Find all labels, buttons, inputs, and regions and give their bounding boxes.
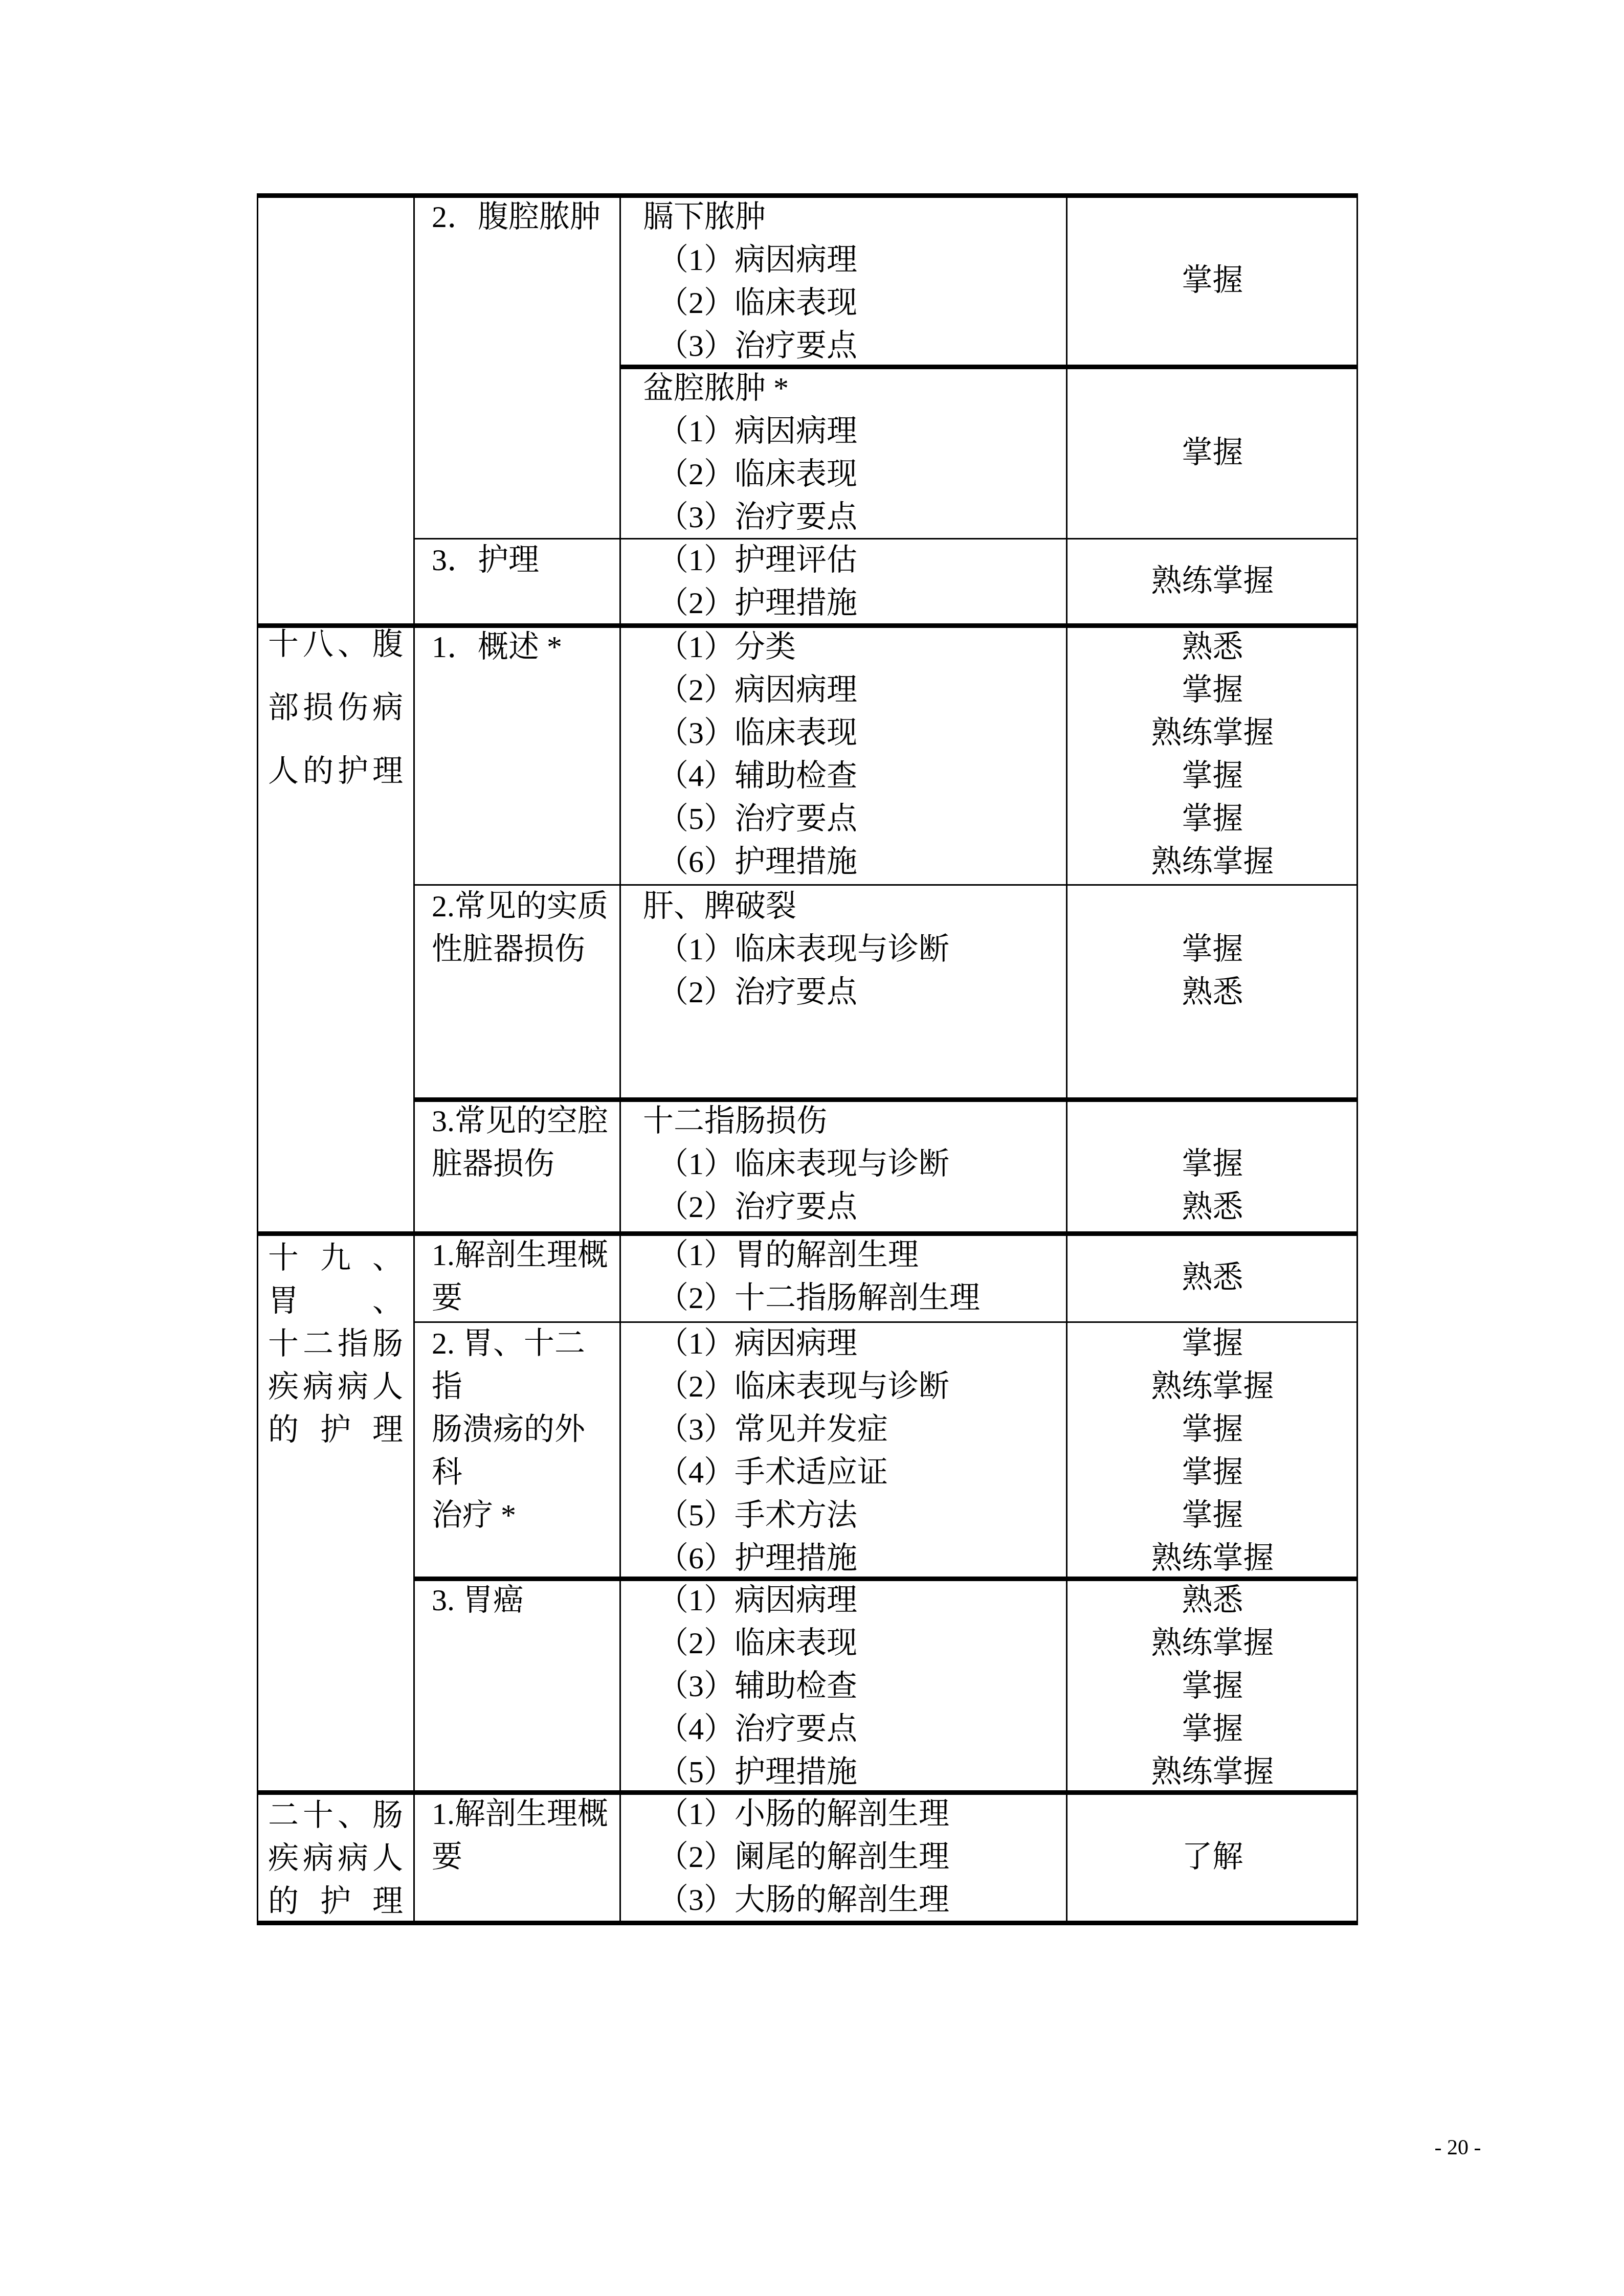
content-cell: （1）护理评估 （2）护理措施 [620, 538, 1067, 624]
level-cell: 掌握 [1067, 367, 1358, 538]
syllabus-table: 十八、腹 部损伤病 人的护理 十九、胃、 十二指肠 疾病病人 的护理 二十、肠 … [257, 195, 1358, 1923]
content-cell: 肝、脾破裂 （1）临床表现与诊断 （2）治疗要点 [620, 885, 1067, 1014]
level-cell: 熟悉 [1067, 1233, 1358, 1321]
rubric-cell: 1．概述 * [414, 625, 620, 668]
content-cell: （1）分类 （2）病因病理 （3）临床表现 （4）辅助检查 （5）治疗要点 （6… [620, 625, 1067, 883]
rubric-cell: 3. 胃癌 [414, 1579, 620, 1622]
level-cell: 熟练掌握 [1067, 538, 1358, 623]
level-cell: 掌握 [1067, 195, 1358, 365]
grid-line [257, 1921, 1358, 1925]
content-cell: 膈下脓肿 （1）病因病理 （2）临床表现 （3）治疗要点 [620, 195, 1067, 367]
content-cell: （1）胃的解剖生理 （2）十二指肠解剖生理 [620, 1233, 1067, 1319]
rubric-cell: 2．腹腔脓肿 [414, 195, 620, 238]
rubric-cell: 3．护理 [414, 538, 620, 581]
content-cell: （1）病因病理 （2）临床表现 （3）辅助检查 （4）治疗要点 （5）护理措施 [620, 1579, 1067, 1793]
rubric-cell: 1.解剖生理概 要 [414, 1792, 620, 1878]
rubric-cell: 1.解剖生理概 要 [414, 1233, 620, 1319]
rubric-cell: 2.常见的实质 性脏器损伤 [414, 885, 620, 971]
content-cell: 盆腔脓肿 * （1）病因病理 （2）临床表现 （3）治疗要点 [620, 367, 1067, 538]
level-cell: 掌握 熟练掌握 掌握 掌握 掌握 熟练掌握 [1067, 1322, 1358, 1580]
level-cell: 熟悉 熟练掌握 掌握 掌握 熟练掌握 [1067, 1579, 1358, 1793]
grid-line [257, 195, 258, 1923]
grid-line [413, 195, 415, 1923]
content-cell: 十二指肠损伤 （1）临床表现与诊断 （2）治疗要点 [620, 1099, 1067, 1228]
document-page: 十八、腹 部损伤病 人的护理 十九、胃、 十二指肠 疾病病人 的护理 二十、肠 … [0, 0, 1624, 2296]
chapter-cell: 十九、胃、 十二指肠 疾病病人 的护理 [257, 1236, 414, 1451]
page-number: - 20 - [1381, 2126, 1534, 2169]
rubric-cell: 3.常见的空腔 脏器损伤 [414, 1099, 620, 1185]
level-cell: 熟悉 掌握 熟练掌握 掌握 掌握 熟练掌握 [1067, 625, 1358, 883]
level-cell: 掌握 熟悉 [1067, 1099, 1358, 1228]
level-cell: 掌握 熟悉 [1067, 885, 1358, 1014]
content-cell: （1）病因病理 （2）临床表现与诊断 （3）常见并发症 （4）手术适应证 （5）… [620, 1322, 1067, 1580]
content-cell: （1）小肠的解剖生理 （2）阑尾的解剖生理 （3）大肠的解剖生理 [620, 1792, 1067, 1921]
level-cell: 了解 [1067, 1792, 1358, 1921]
rubric-cell: 2. 胃、十二指 肠溃疡的外科 治疗 * [414, 1322, 620, 1537]
chapter-cell: 十八、腹 部损伤病 人的护理 [257, 613, 414, 803]
chapter-cell: 二十、肠 疾病病人 的护理 [257, 1794, 414, 1923]
